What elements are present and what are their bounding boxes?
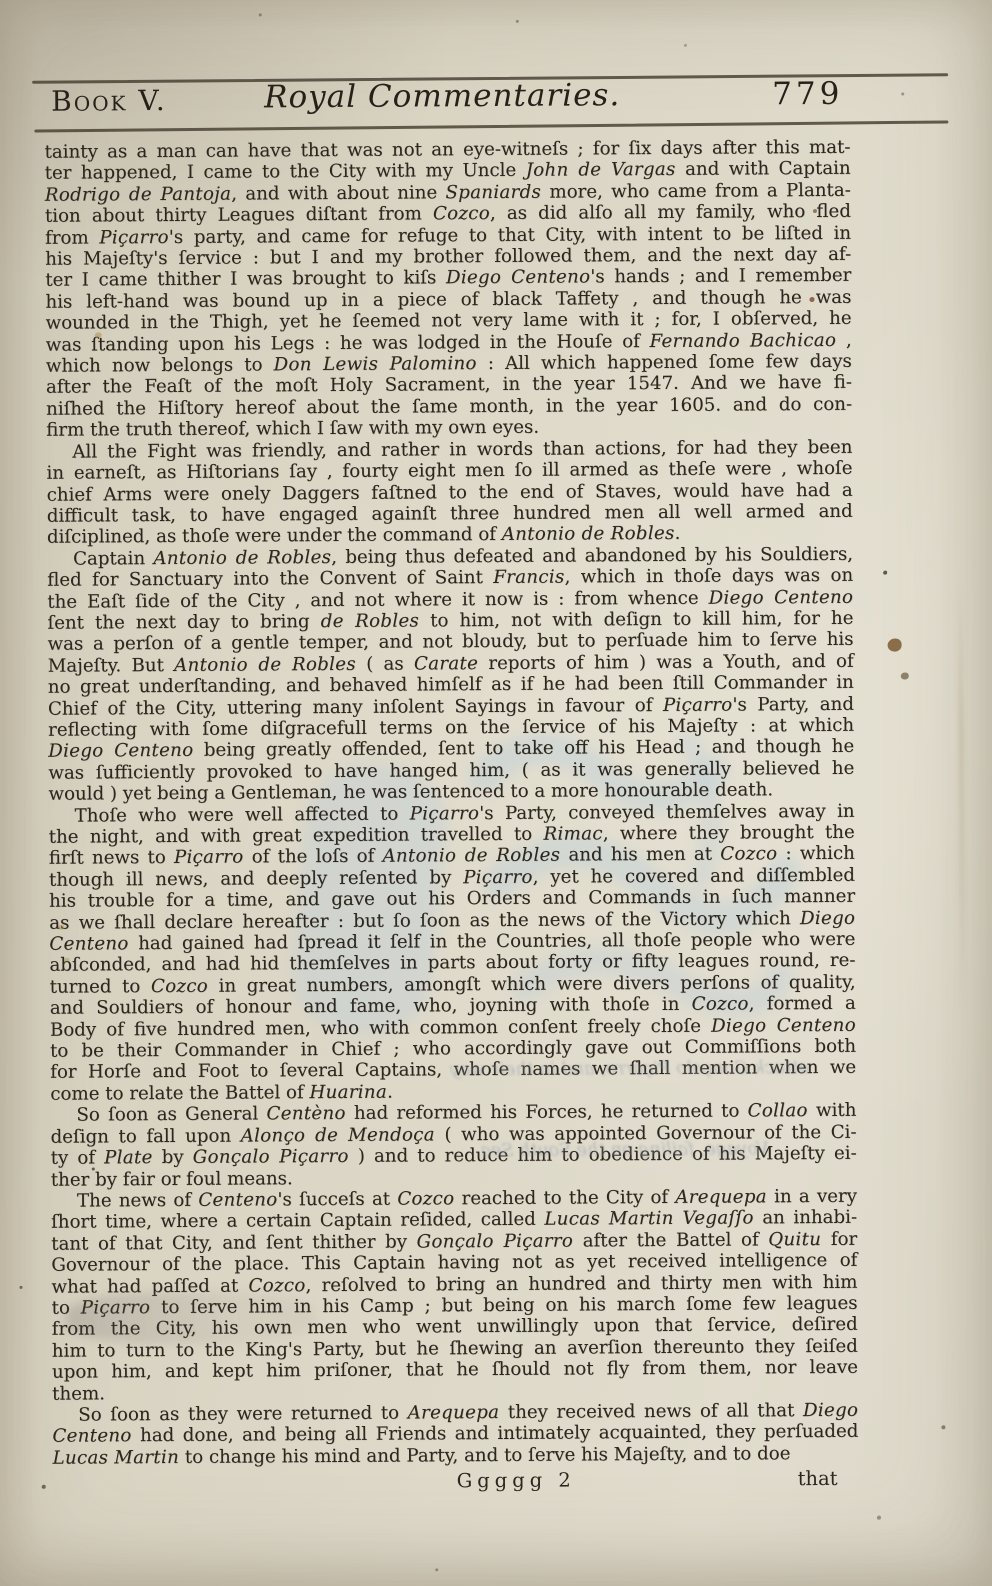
page-body: tainty as a man can have that was not an…: [44, 137, 858, 1498]
signature-row: Ggggg 2 that: [53, 1467, 859, 1498]
paragraph: So ſoon as General Centèno had reformed …: [50, 1100, 857, 1191]
paper-speck: [259, 13, 262, 16]
paragraph: The news of Centeno's ſucceſs at Cozco r…: [51, 1186, 858, 1405]
paragraph: Captain Antonio de Robles, being thus de…: [47, 544, 855, 806]
text-line: Lucas Martin to change his mind and Part…: [52, 1443, 858, 1469]
paragraph: So ſoon as they were returned to Arequep…: [52, 1400, 858, 1469]
paper-speck: [19, 1286, 22, 1289]
margin-stain: [958, 582, 965, 1012]
paper-speck: [516, 20, 519, 23]
paper-speck: [435, 1568, 438, 1571]
header-rule-bottom: [34, 120, 948, 132]
paper-speck: [901, 672, 909, 679]
catchword: that: [798, 1467, 838, 1490]
paragraph: All the Fight was friendly, and rather i…: [46, 437, 853, 549]
paragraph: tainty as a man can have that was not an…: [44, 137, 852, 442]
paper-speck: [941, 1425, 945, 1429]
book-page: Book V. Royal Commentaries. 779 tainty a…: [0, 0, 992, 1586]
paper-speck: [888, 639, 902, 652]
paragraph: Thoſe who were well affected to Piçarro'…: [49, 800, 857, 1105]
paper-speck: [877, 1516, 881, 1520]
signature-mark: Ggggg 2: [457, 1469, 576, 1493]
page-number: 779: [772, 76, 843, 112]
paper-speck: [883, 571, 887, 575]
paper-speck: [684, 44, 687, 47]
paper-speck: [901, 92, 904, 95]
running-head-book: Book V.: [51, 84, 167, 118]
running-head-title: Royal Commentaries.: [264, 77, 620, 115]
paper-speck: [42, 1485, 46, 1489]
